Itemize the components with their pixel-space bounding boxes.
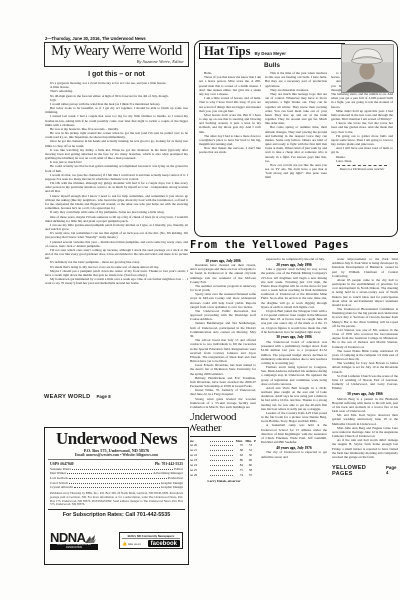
dotted-leader <box>67 473 152 474</box>
weary-column: My Weary Werre World By Suzanne Werre, E… <box>44 42 189 400</box>
facebook-badge: BHG's ND Community Newspapers 👍 Like us … <box>119 532 183 550</box>
dotted-leader <box>210 475 233 476</box>
weary-byline: By Suzanne Werre, Editor <box>49 59 184 64</box>
dotted-leader <box>210 450 233 451</box>
yellowed-col-1-text: 10 years ago, July 2006Residents have cl… <box>190 257 256 409</box>
weary-title: My Weary Werre World <box>49 44 184 59</box>
dotted-leader <box>210 470 233 471</box>
newspaper-page: { "page_header": "2—Thursday, June 30, 2… <box>0 0 400 600</box>
yellowed-pages-columns: 10 years ago, July 2006Residents have cl… <box>190 257 398 587</box>
ndna-eagle-icon <box>84 534 96 544</box>
weather-title: Underwood Weather <box>190 412 256 437</box>
masthead-contact: Email: unnews@westriv.com • Website: blh… <box>48 453 185 457</box>
weary-body: It's a gorgeous morning, not a cloud in … <box>44 81 189 392</box>
hat-col-2: This is the time of the year when ranche… <box>265 71 327 223</box>
page-folio: 2—Thursday, June 30, 2016, The Underwood… <box>45 36 146 41</box>
masthead-title: Underwood News <box>48 430 185 447</box>
dotted-leader <box>210 455 233 456</box>
facebook-wordmark: facebook <box>148 540 180 547</box>
logo-row: NDNA NORTH DAKOTA NEWSPAPER ASSOCIATION … <box>50 520 183 561</box>
dotted-leader <box>210 465 233 466</box>
yellowed-jump-name: YELLOWED PAGES <box>332 465 380 477</box>
dotted-leader <box>74 487 160 488</box>
dotted-leader <box>69 483 160 484</box>
hat-tips-title: Hat Tips <box>204 45 250 58</box>
yellowed-jump-line: YELLOWED PAGES Page 4 <box>332 465 398 477</box>
yellowed-col-3-text: water improvements to the Park West Addi… <box>332 257 398 459</box>
weather-rows: June 20 70 53 .00 June 21 66 52 .35 <box>190 443 256 478</box>
masthead-meta: USPS #647040 Ph: 701-442-5525 <box>48 459 185 466</box>
facebook-badge-title: BHG's ND Community Newspapers <box>122 534 180 540</box>
thumbs-up-icon: 👍 <box>122 541 127 546</box>
ndna-logo: NDNA NORTH DAKOTA NEWSPAPER ASSOCIATION <box>50 531 98 550</box>
dotted-leader <box>210 460 233 461</box>
usps-number: USPS #647040 <box>50 462 74 466</box>
dotted-leader <box>69 478 167 479</box>
hat-tips-headline: Bulls <box>199 62 345 69</box>
weary-jump-line: WEARY WORLD Page 8 <box>44 394 189 400</box>
hat-tips-byline: By Dean Meyer <box>254 51 285 56</box>
publisher-fine-print: Published every Thursday by BHG, Inc., P… <box>50 492 183 507</box>
yellowed-col-2: expected to be completed by the end of J… <box>261 257 327 587</box>
weary-headline: I got this – or not <box>44 71 189 78</box>
weather-box: Underwood Weather Date Max. Min. Prec. J… <box>190 412 256 483</box>
like-us-label: 👍 Like us on <box>122 541 141 546</box>
weary-jump-name: WEARY WORLD <box>44 394 91 400</box>
phone-number: Ph: 701-442-5525 <box>155 462 183 466</box>
weather-observer: Larry Deiak, observer <box>190 479 256 483</box>
weary-jump-page: Page 8 <box>97 394 111 399</box>
dotted-leader <box>210 441 233 442</box>
hat-tips-columns: Hello,Those of you that know me know tha… <box>199 71 393 223</box>
subscription-line: For Subscription Rates: Call 701-442-553… <box>48 509 185 518</box>
hat-tips-box: Hat Tips By Dean Meyer Bulls Hello,Those… <box>194 40 398 237</box>
ndna-wordmark: NDNA <box>50 531 86 544</box>
weather-table: Date Max. Min. Prec. June 20 70 53 .0 <box>190 439 256 484</box>
weary-masthead: My Weary Werre World By Suzanne Werre, E… <box>44 42 189 67</box>
hat-col-3: to hold a few saddle horses.And trust me… <box>331 71 393 223</box>
staff-row: Crystal Albrecht Graphic Design <box>50 485 183 490</box>
hat-tips-header: Hat Tips By Dean Meyer <box>199 43 345 59</box>
dotted-leader <box>210 445 233 446</box>
dean-meyer-photo <box>341 44 394 93</box>
hat-col-1: Hello,Those of you that know me know tha… <box>199 71 261 223</box>
staff-name: Crystal Albrecht <box>50 485 73 490</box>
staff-role: Graphic Design <box>161 485 183 490</box>
ndna-tagline: NORTH DAKOTA NEWSPAPER ASSOCIATION <box>50 544 98 550</box>
yellowed-col-3: water improvements to the Park West Addi… <box>332 257 398 587</box>
yellowed-jump-page: Page 4 <box>386 465 398 475</box>
hat-tips-bio: Dean is a Dickinson area rancher <box>337 165 387 172</box>
yellowed-col-2-text: expected to be completed by the end of J… <box>261 257 327 459</box>
weather-row: June 26 74 55 .00 <box>190 473 256 478</box>
staff-list: Suzanne Werre Editor Dan Winter Advertis… <box>50 467 183 491</box>
dotted-leader <box>72 469 173 470</box>
masthead-box: Underwood News P.O. Box 575, Underwood, … <box>44 427 189 565</box>
yellowed-col-1: 10 years ago, July 2006Residents have cl… <box>190 257 256 587</box>
yellowed-pages-title: From the Yellowed Pages <box>190 239 398 253</box>
